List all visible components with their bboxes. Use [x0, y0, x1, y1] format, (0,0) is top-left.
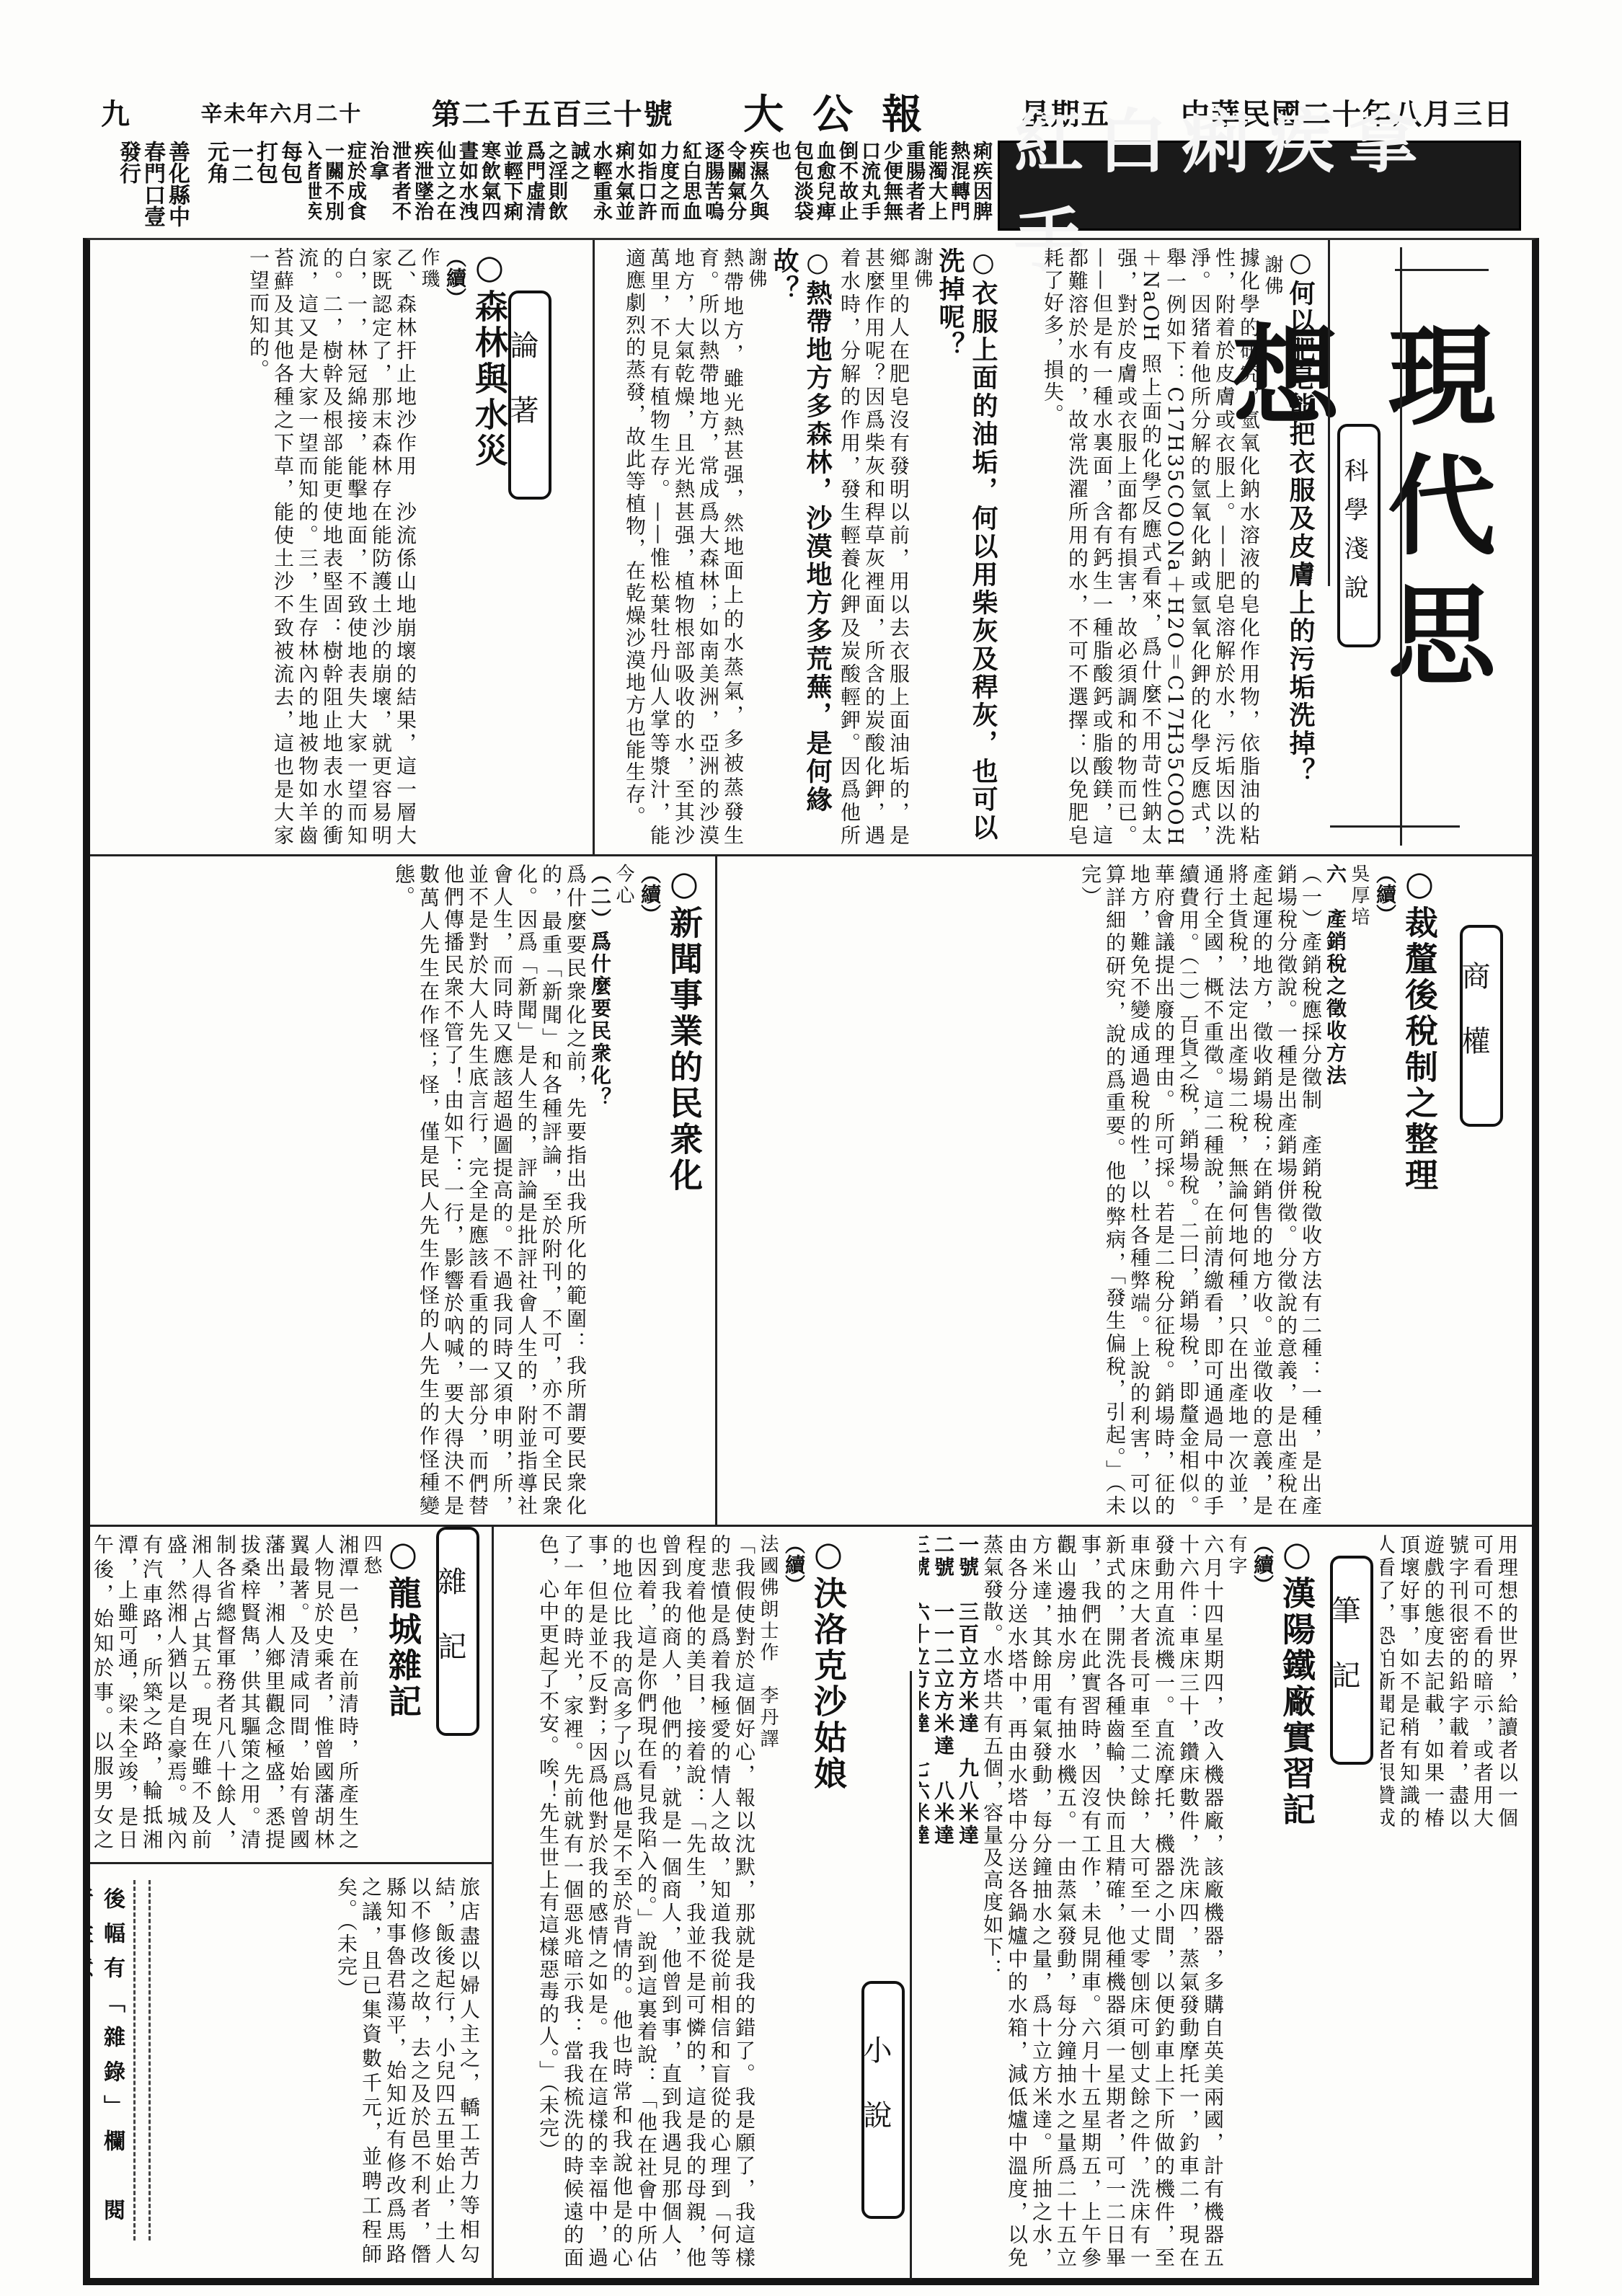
content-frame: 現代思想 科學淺說 ○何以肥皂能把衣服及皮膚上的污垢洗掉？ 謝佛 據化學的研究，… [83, 238, 1539, 2285]
article-tax-reform: ○裁釐後稅制之整理 （續） 吳厚培 六 產銷稅之徵收方法 （一）產銷稅應採分徵制… [724, 856, 1445, 1525]
band2-divider [715, 856, 717, 1525]
essay-author: 作璣 [417, 247, 440, 847]
notes-headline: ○漢陽鐵廠實習記 [1277, 1534, 1317, 2269]
ad-seller-line: 善化縣中春門口壹發行 [115, 141, 189, 231]
article-body: 據化學的研究，氫氧化鈉水溶液的皂化作用物，依脂油的粘性，附着於皮膚或衣服上。——… [1040, 247, 1261, 847]
title-ornament-bottom [1330, 825, 1460, 828]
article-headline: ○熱帶地方多森林，沙漠地方多荒蕪，是何緣故？ [768, 247, 834, 847]
decorative-chain-border [133, 1880, 151, 2240]
tax-body: （一）產銷稅應採分徵制 產銷稅徵收方法有二種：一種，是出產銷場稅分徵說。一種是出… [1078, 864, 1323, 1517]
section-label-misc: 雜記 [436, 1527, 479, 1736]
misc-divider [90, 1862, 494, 1864]
newspaper-page: 中華民國二十年八月三日 星期五 大公報 第二千五百三十號 辛未年六月二十 九 紅… [0, 0, 1622, 2296]
misc-author: 四愁 [360, 1534, 383, 1851]
ad-price-line: 一二 [228, 141, 252, 231]
table-cell-height: 七六米達 [919, 1758, 931, 1847]
misc-continuation: 旅店盡以婦人主之，轎工苦力等相勾結，飯後起行，小兒四五里始止，土人以不修改之故，… [198, 1869, 487, 2273]
band-bottom: 用理想的世界，給讀者以一個可看可不看的暗示，或者用大號字刊很密的鉛字載着，盡以遊… [90, 1527, 1532, 2280]
section-label-science: 科學淺說 [1337, 424, 1381, 647]
notes-prev-tail-text: 用理想的世界，給讀者以一個可看可不看的暗示，或者用大號字刊很密的鉛字載着，盡以遊… [1381, 1534, 1519, 1830]
tax-author: 吳厚培 [1347, 864, 1370, 1517]
notes-body: 六月十四星期四，改入機器廠，該廠機器，多購自英美兩國，計有機器五十六件：車床三十… [980, 1534, 1225, 2269]
band3-divider-a [910, 1671, 912, 2280]
ad-copy-line: 疾濕久與令關氣分逐腸苦嗚紅白思血力度之而如指口許痢水氣並水輕重永誠之 [567, 141, 768, 231]
article-author: 謝佛 [745, 247, 768, 847]
table-cell-value: 三百立方米達 [956, 1601, 980, 1735]
table-cell-label: 一號 [956, 1534, 980, 1579]
ad-price: 每包 打包 一二 元角 [196, 141, 309, 231]
table-cell-height: 八米達 [931, 1780, 955, 1847]
ad-price-line: 打包 [252, 141, 277, 231]
fiction-author: 法國佛朗士作 李丹譯 [756, 1534, 779, 2269]
article-dragon-city-notes: ○龍城雜記 四愁 湘潭一邑，在前清時，所產生之人物見於史乘者，惟曾國藩胡林翼最著… [90, 1527, 429, 1858]
tax-continued: （續） [1370, 864, 1399, 1517]
article-author: 謝佛 [910, 247, 934, 847]
article-newspaper-popularization: ○新聞事業的民衆化 （續） 今心 （二）爲什麼要民衆化？ 爲什麼要民衆化之前，先… [90, 856, 710, 1525]
forum-continued: （續） [635, 864, 664, 1517]
essay-forests-floods: ○森林與水災 （續） 作璣 乙、森林扞止地沙作用 沙流係山地崩壞的結果，這一層大… [90, 240, 515, 854]
masthead-paper-name: 大公報 [743, 83, 951, 141]
table-row: 二號 一一二立方米達 八米達 [931, 1534, 955, 2269]
masthead-page-number: 九 [101, 92, 131, 133]
table-row: 三號 六十立方米達 七六米達 [919, 1534, 931, 2269]
table-cell-value: 一一二立方米達 [931, 1601, 955, 1758]
ad-price-line: 每包 [277, 141, 301, 231]
section-label-fiction: 小說 [861, 1981, 905, 2219]
article-headline: ○何以肥皂能把衣服及皮膚上的污垢洗掉？ [1284, 247, 1317, 847]
tax-subhead: 六 產銷稅之徵收方法 [1323, 864, 1347, 1517]
masthead-lunar-date: 辛未年六月二十 [200, 96, 362, 128]
fiction-continued: （續） [779, 1534, 808, 2269]
band1-divider [593, 240, 595, 854]
footer-notice: 後幅有「雜錄」欄 閱者注意 [90, 1880, 133, 2255]
fiction-body: 「我假使對於這個好心，報以沈默，那就是我的錯了。我是願了，我這樣的悲憤是爲着我極… [536, 1534, 756, 2269]
band3-divider-b [492, 1527, 494, 2280]
misc-body: 湘潭一邑，在前清時，所產生之人物見於史乘者，惟曾國藩胡林翼最著。及清咸同間，始有… [90, 1534, 360, 1851]
footer-notice-text: 後幅有「雜錄」欄 閱者注意 [90, 1887, 125, 2233]
title-ornament-top [1395, 269, 1489, 271]
ad-copy-line: 痢疾因脾熱混轉門能濁大上重腸者者少便無無口流丸手倒不故止血愈兒痺包包淡袋也 [768, 141, 992, 231]
ad-copy-line: 之淫則飲爲門虛清並輕下痢寒飲氣四晝如水洩仙立之在疾泄墜治泄者者不治拿 [366, 141, 567, 231]
ad-banner: 紅白痢疾拿手 [998, 141, 1521, 231]
ad-price-line: 元角 [203, 141, 228, 231]
table-cell-label: 二號 [931, 1534, 955, 1579]
article-tropical-forests: ○熱帶地方多森林，沙漠地方多荒蕪，是何緣故？ 謝佛 熱帶地方，雖光熱甚强，然地面… [602, 240, 840, 854]
band-top: 現代思想 科學淺說 ○何以肥皂能把衣服及皮膚上的污垢洗掉？ 謝佛 據化學的研究，… [90, 240, 1532, 856]
section-label-commerce: 商權 [1460, 925, 1503, 1127]
article-body: 鄉里的人在肥皂沒有發明以前，用以去衣服上面油垢的，是甚麼作用呢？因爲柴灰和稈草灰… [840, 247, 910, 847]
masthead-issue-number: 第二千五百三十號 [432, 92, 674, 133]
forum-subhead: （二）爲什麼要民衆化？ [588, 864, 612, 1517]
title-ornament-line [1400, 247, 1402, 846]
article-hanyang-ironworks: ○漢陽鐵廠實習記 （續） 有字 六月十四星期四，改入機器廠，該廠機器，多購自英美… [919, 1527, 1323, 2277]
essay-body: 乙、森林扞止地沙作用 沙流係山地崩壞的結果，這一層大家既認定了，那末森林存在能防… [246, 247, 417, 847]
forum-author: 今心 [612, 864, 635, 1517]
water-tower-table: 一號 三百立方米達 九八米達 二號 一一二立方米達 八米達 三號 六十立方米達 … [919, 1534, 980, 2269]
table-cell-value: 六十立方米達 [919, 1601, 931, 1735]
article-body: 熱帶地方，雖光熱甚强，然地面上的水蒸氣，多被蒸發生育。所以熱帶地方，常成爲大森林… [622, 247, 745, 847]
ad-seller: 善化縣中春門口壹發行 [108, 141, 196, 231]
table-cell-label: 三號 [919, 1534, 931, 1579]
table-cell-height: 九八米達 [956, 1758, 980, 1847]
section-label-notes: 筆記 [1330, 1556, 1373, 1765]
essay-headline: ○森林與水災 [469, 247, 510, 847]
notes-continued: （續） [1248, 1534, 1277, 2269]
essay-continued: （續） [440, 247, 469, 847]
notes-author: 有字 [1225, 1534, 1248, 2269]
advertisement-strip: 紅白痢疾拿手 痢疾因脾熱混轉門能濁大上重腸者者少便無無口流丸手倒不故止血愈兒痺包… [108, 141, 1521, 231]
table-row: 一號 三百立方米達 九八米達 [955, 1534, 980, 2269]
notes-prev-tail: 用理想的世界，給讀者以一個可看可不看的暗示，或者用大號字刊很密的鉛字載着，盡以遊… [1381, 1527, 1525, 1837]
band-middle: 商權 ○裁釐後稅制之整理 （續） 吳厚培 六 產銷稅之徵收方法 （一）產銷稅應採… [90, 856, 1532, 1527]
misc-headline: ○龍城雜記 [383, 1534, 423, 1851]
article-ash-washing: ○衣服上面的油垢，何以用柴灰及稈灰，也可以洗掉呢？ 謝佛 鄉里的人在肥皂沒有發明… [840, 240, 1006, 854]
tax-headline: ○裁釐後稅制之整理 [1399, 864, 1440, 1517]
ad-copy-line: 症於成食一關不別入者泄疾甚甚食墜肢夜倒直是人斷水流立便立小肚一三再痢手 [309, 141, 366, 231]
article-headline: ○衣服上面的油垢，何以用柴灰及稈灰，也可以洗掉呢？ [934, 247, 1000, 847]
forum-headline: ○新聞事業的民衆化 [664, 864, 704, 1517]
fiction-headline: ○決洛克沙姑娘 [808, 1534, 848, 2269]
article-soap: ○何以肥皂能把衣服及皮膚上的污垢洗掉？ 謝佛 據化學的研究，氫氧化鈉水溶液的皂化… [1006, 240, 1323, 854]
story-shalock-girl: ○決洛克沙姑娘 （續） 法國佛朗士作 李丹譯 「我假使對於這個好心，報以沈默，那… [501, 1527, 854, 2277]
misc-tail: 旅店盡以婦人主之，轎工苦力等相勾結，飯後起行，小兒四五里始止，土人以不修改之故，… [334, 1876, 481, 2266]
ad-copy: 痢疾因脾熱混轉門能濁大上重腸者者少便無無口流丸手倒不故止血愈兒痺包包淡袋也 疾濕… [309, 141, 998, 231]
science-label-divider [1328, 240, 1330, 586]
forum-body: 爲什麼要民衆化之前，先要指出我所化的範圍：我所謂要民衆化的，最重「新聞」和各種評… [391, 864, 588, 1517]
article-author: 謝佛 [1261, 254, 1284, 847]
